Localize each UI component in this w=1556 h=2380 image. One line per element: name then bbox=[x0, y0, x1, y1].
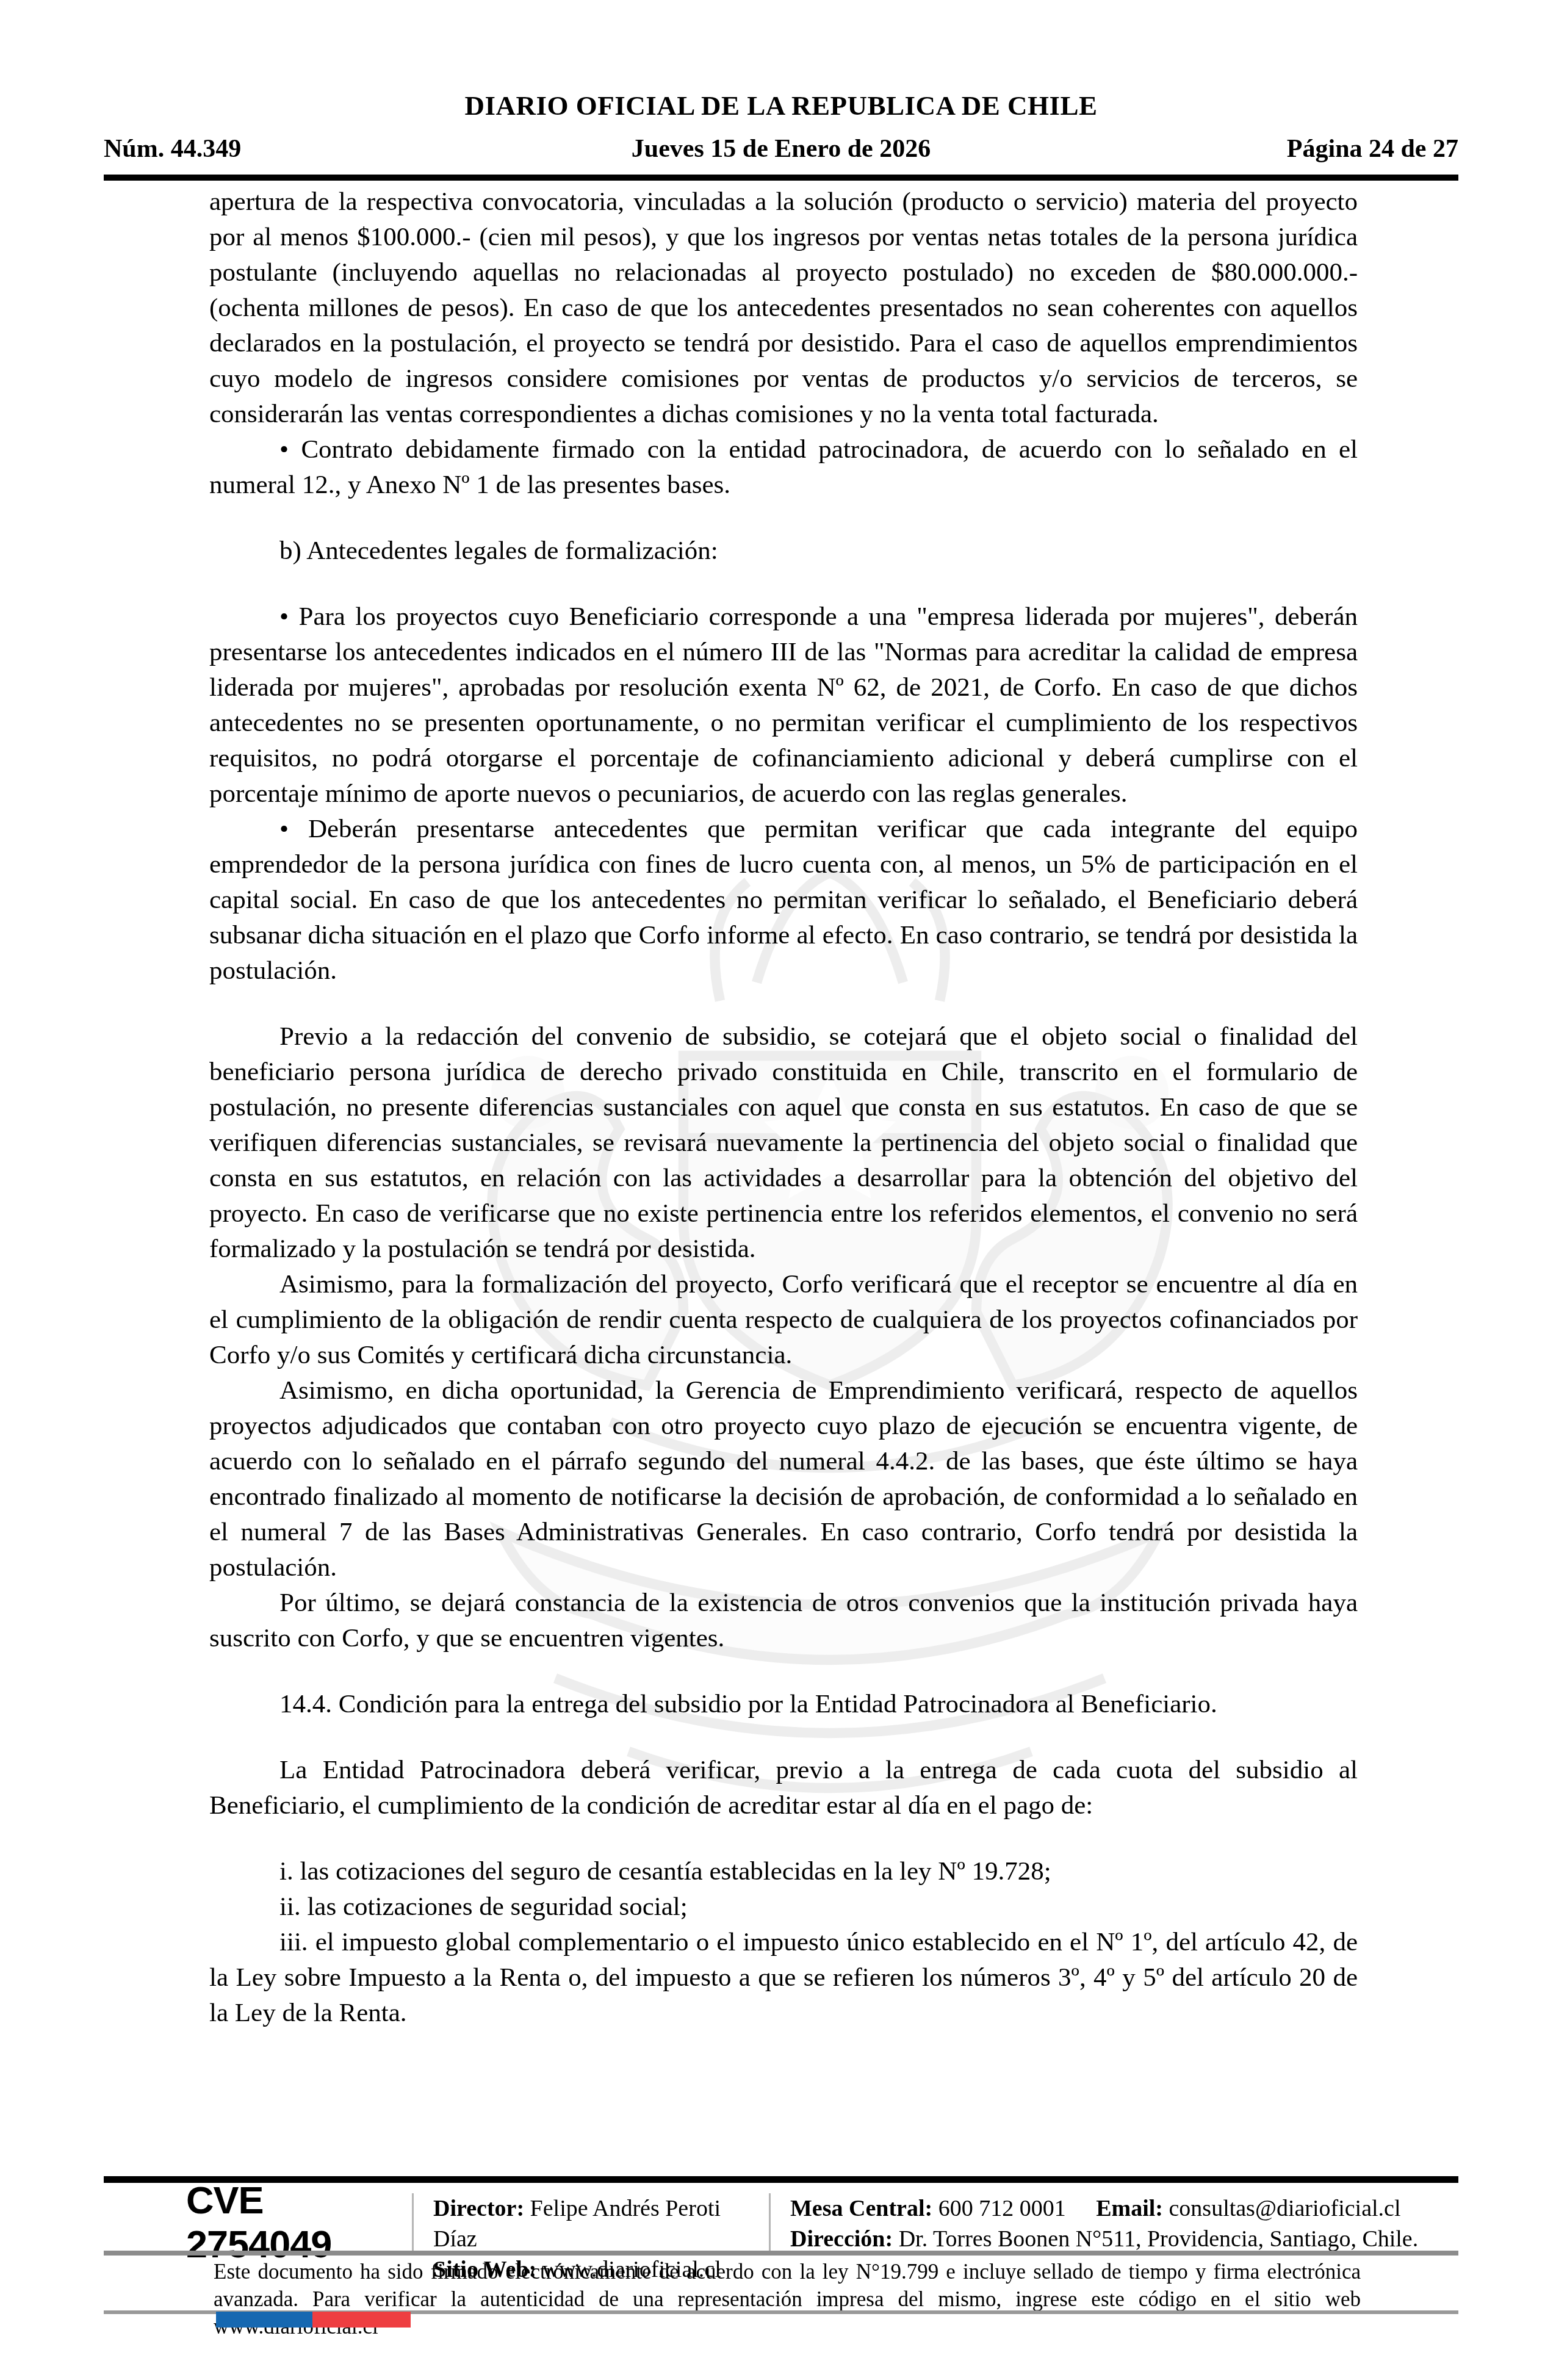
document-page: DIARIO OFICIAL DE LA REPUBLICA DE CHILE … bbox=[0, 0, 1556, 2380]
email-value: consultas@diarioficial.cl bbox=[1169, 2196, 1400, 2221]
flag-bar-blue bbox=[216, 2312, 312, 2328]
paragraph-6: Previo a la redacción del convenio de su… bbox=[209, 1019, 1358, 1267]
paragraph-7: Asimismo, para la formalización del proy… bbox=[209, 1267, 1358, 1373]
footer-director-column: Director: Felipe Andrés Peroti Díaz Siti… bbox=[412, 2193, 769, 2252]
footer-contact-column: Mesa Central: 600 712 0001 Email: consul… bbox=[769, 2193, 1458, 2252]
phone-email-line: Mesa Central: 600 712 0001 Email: consul… bbox=[790, 2193, 1458, 2224]
address-value: Dr. Torres Boonen N°511, Providencia, Sa… bbox=[899, 2226, 1419, 2252]
paragraph-14: iii. el impuesto global complementario o… bbox=[209, 1925, 1358, 2031]
paragraph-1: apertura de la respectiva convocatoria, … bbox=[209, 184, 1358, 432]
page-indicator: Página 24 de 27 bbox=[1287, 134, 1458, 164]
header-rule bbox=[104, 175, 1458, 181]
paragraph-2: • Contrato debidamente firmado con la en… bbox=[209, 432, 1358, 503]
paragraph-10: 14.4. Condición para la entrega del subs… bbox=[209, 1687, 1358, 1722]
body-paragraphs: apertura de la respectiva convocatoria, … bbox=[209, 184, 1358, 2031]
paragraph-9: Por último, se dejará constancia de la e… bbox=[209, 1585, 1358, 1656]
footer-divider-rule bbox=[104, 2251, 1458, 2256]
issue-date: Jueves 15 de Enero de 2026 bbox=[104, 134, 1458, 164]
flag-bar-red bbox=[312, 2312, 411, 2328]
issue-number: Núm. 44.349 bbox=[104, 134, 241, 164]
signature-disclaimer: Este documento ha sido firmado electróni… bbox=[214, 2258, 1361, 2340]
address-line: Dirección: Dr. Torres Boonen N°511, Prov… bbox=[790, 2224, 1458, 2254]
mesa-central-label: Mesa Central: bbox=[790, 2196, 932, 2221]
paragraph-3: b) Antecedentes legales de formalización… bbox=[209, 533, 1358, 569]
director-label: Director: bbox=[433, 2196, 524, 2221]
paragraph-4: • Para los proyectos cuyo Beneficiario c… bbox=[209, 599, 1358, 812]
newspaper-title: DIARIO OFICIAL DE LA REPUBLICA DE CHILE bbox=[104, 90, 1458, 121]
paragraph-13: ii. las cotizaciones de seguridad social… bbox=[209, 1889, 1358, 1925]
mesa-central-value: 600 712 0001 bbox=[938, 2196, 1066, 2221]
cve-code: CVE 2754049 bbox=[104, 2193, 412, 2252]
page-header: DIARIO OFICIAL DE LA REPUBLICA DE CHILE … bbox=[104, 90, 1458, 181]
paragraph-11: La Entidad Patrocinadora deberá verifica… bbox=[209, 1753, 1358, 1823]
paragraph-5: • Deberán presentarse antecedentes que p… bbox=[209, 812, 1358, 989]
footer-info-block: CVE 2754049 Director: Felipe Andrés Pero… bbox=[104, 2193, 1458, 2252]
header-meta-row: Núm. 44.349 Jueves 15 de Enero de 2026 P… bbox=[104, 134, 1458, 164]
paragraph-8: Asimismo, en dicha oportunidad, la Geren… bbox=[209, 1373, 1358, 1585]
paragraph-12: i. las cotizaciones del seguro de cesant… bbox=[209, 1854, 1358, 1889]
address-label: Dirección: bbox=[790, 2226, 893, 2252]
director-line: Director: Felipe Andrés Peroti Díaz bbox=[433, 2193, 769, 2254]
email-label: Email: bbox=[1096, 2196, 1163, 2221]
